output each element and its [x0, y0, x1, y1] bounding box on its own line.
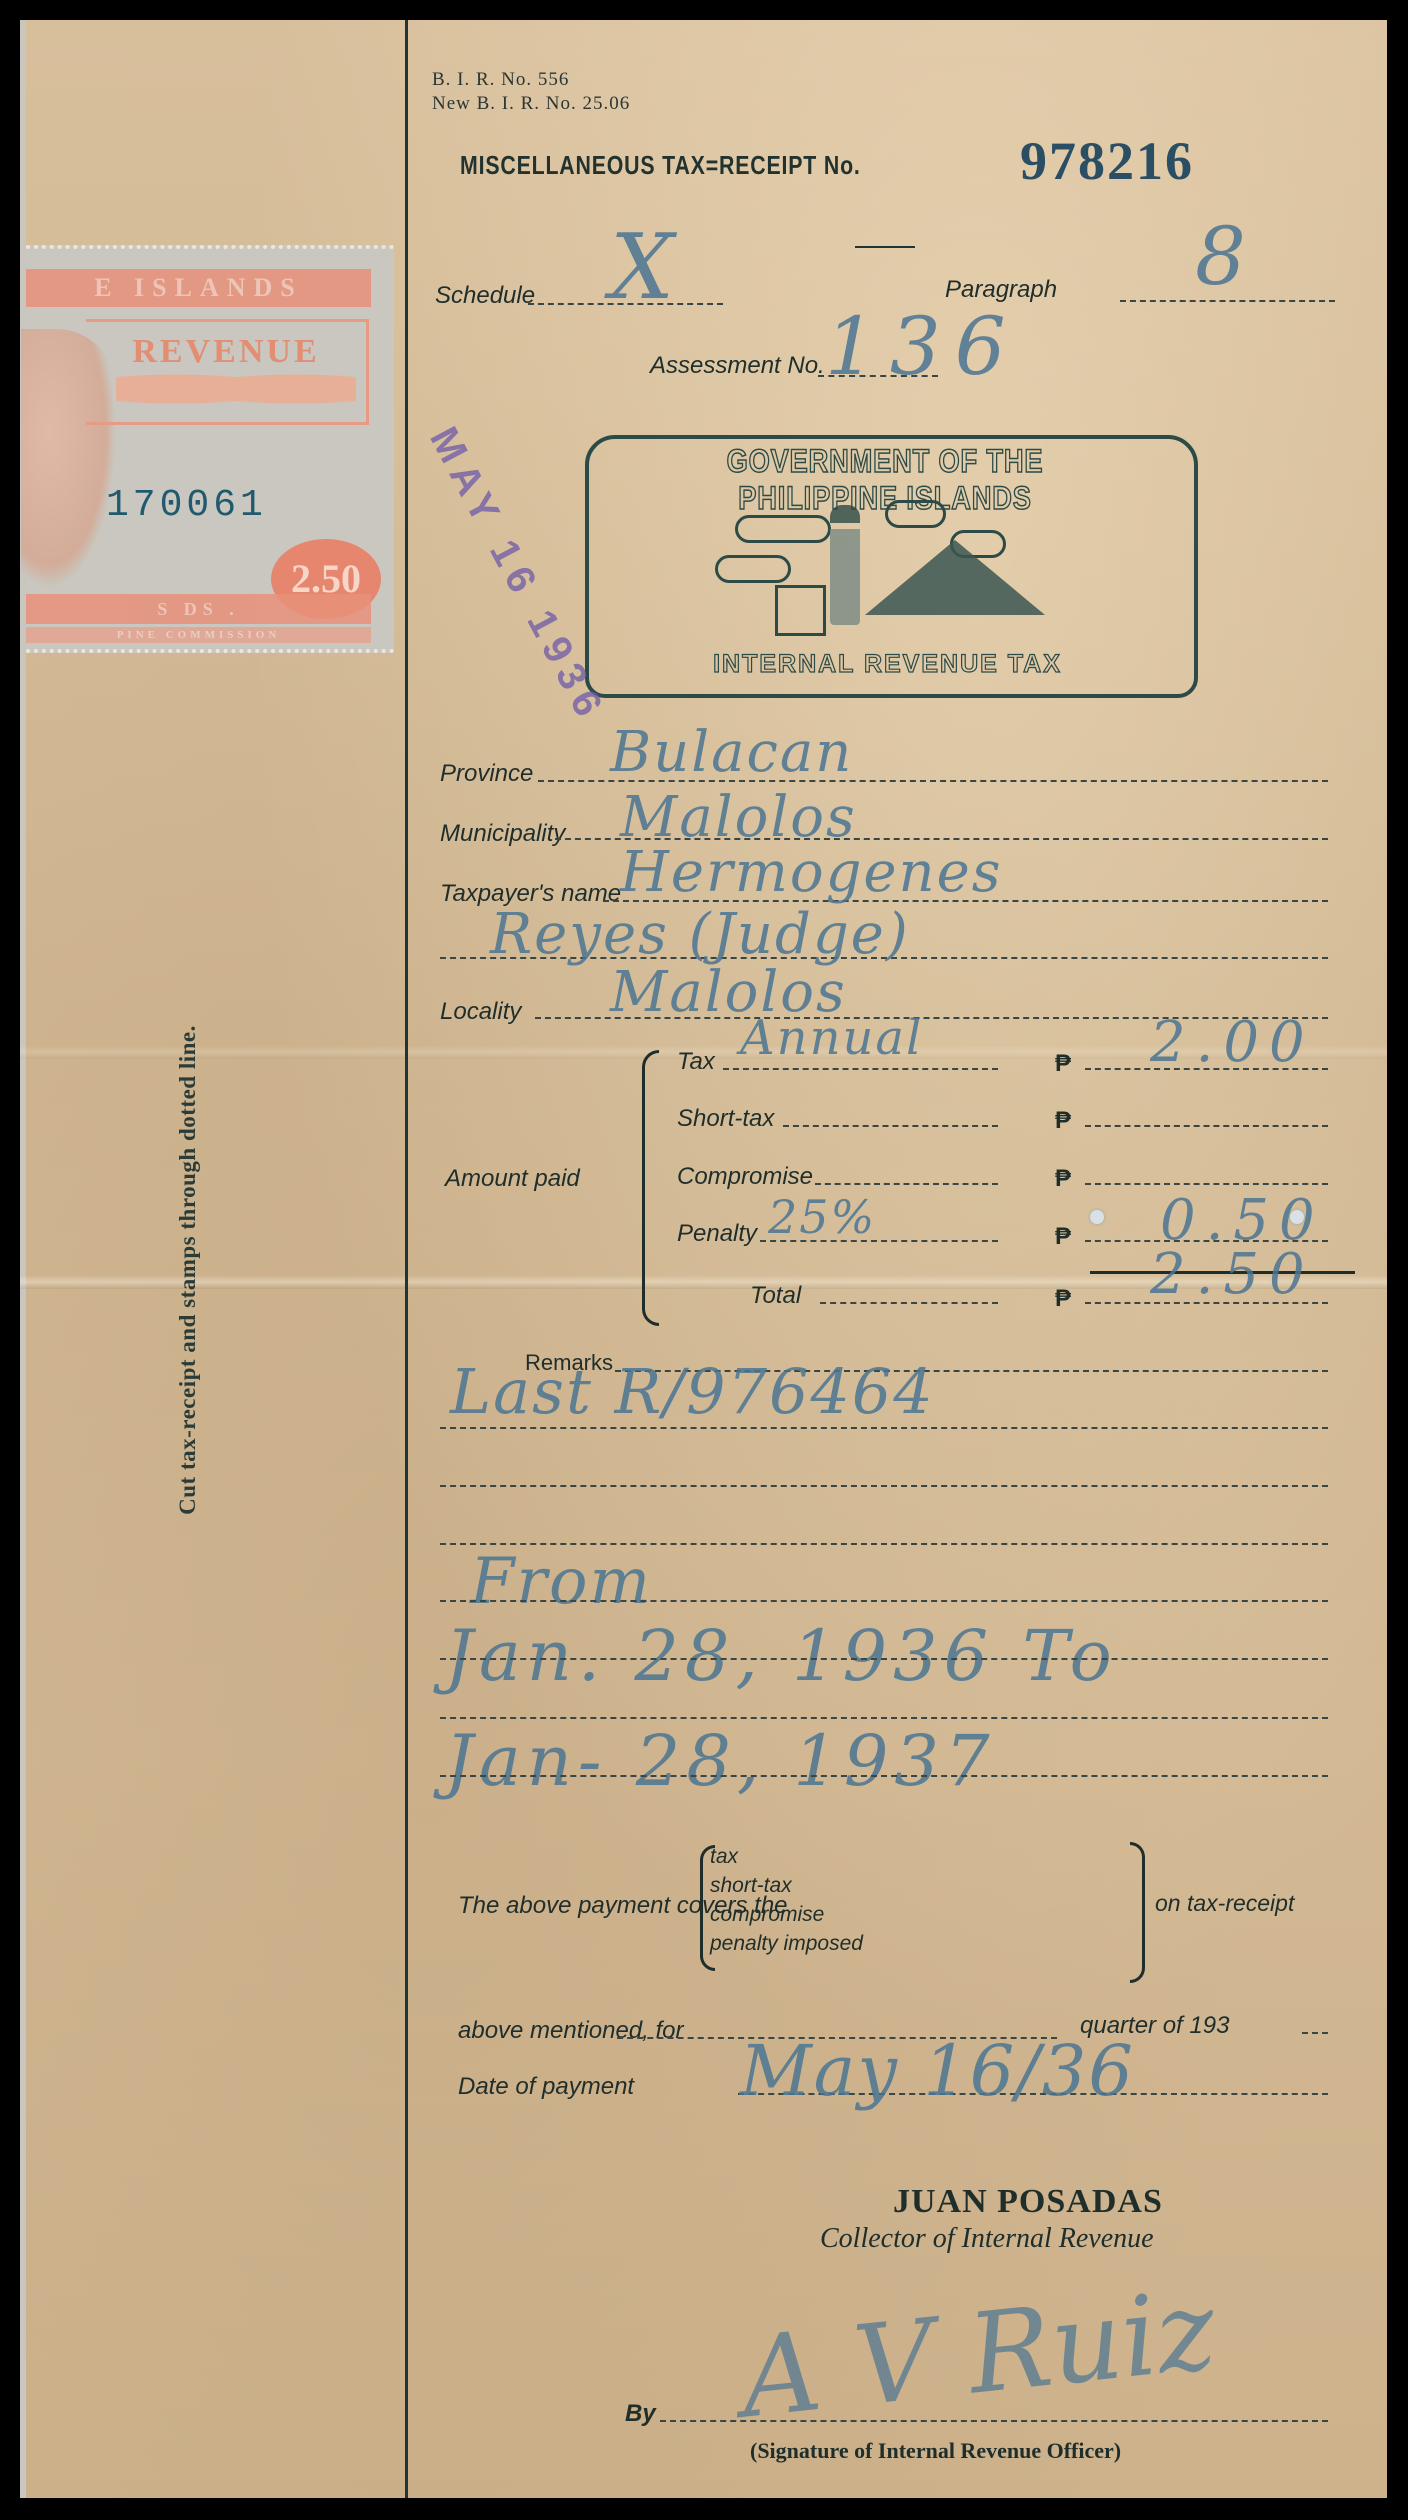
collector-name: JUAN POSADAS	[893, 2183, 1163, 2221]
signature-line	[660, 2420, 1328, 2422]
divider	[855, 246, 915, 248]
revenue-stamp: E ISLANDS REVENUE 170061 2.50 S DS . PIN…	[26, 245, 394, 653]
peso-icon: ₱	[1055, 1165, 1071, 1193]
remarks-text-4: Jan- 28, 1937	[445, 1720, 996, 1802]
coverage-option-short-tax: short-tax	[710, 1871, 863, 1900]
amount-brace	[642, 1050, 659, 1326]
stamp-serial: 170061	[106, 484, 267, 527]
taxpayer-name-value-1: Hermogenes	[620, 840, 1003, 905]
seal-bottom-text: INTERNAL REVENUE TAX	[585, 650, 1190, 679]
bir-no: B. I. R. No. 556	[432, 68, 630, 92]
peso-icon: ₱	[1055, 1050, 1071, 1078]
tax-amount: 2.00	[1150, 1010, 1315, 1075]
receipt-number: 978216	[1020, 130, 1194, 192]
coverage-option-compromise: compromise	[710, 1900, 863, 1929]
short-tax-amount-line	[1085, 1125, 1328, 1127]
above-mentioned-label: above mentioned, for	[458, 2017, 683, 2045]
peso-icon: ₱	[1055, 1223, 1071, 1251]
amount-paid-label: Amount paid	[445, 1165, 580, 1193]
schedule-label: Schedule	[435, 282, 535, 310]
total-line	[820, 1302, 998, 1304]
stamp-band-top: E ISLANDS	[26, 269, 371, 307]
short-tax-line	[783, 1125, 998, 1127]
peso-icon: ₱	[1055, 1285, 1071, 1313]
collector-title: Collector of Internal Revenue	[820, 2223, 1154, 2255]
cut-dotted-line	[405, 20, 408, 2498]
stamp-band-bottom: S DS .	[26, 594, 371, 624]
cloud-icon	[735, 515, 831, 543]
anvil-icon	[775, 585, 826, 636]
peso-icon: ₱	[1055, 1107, 1071, 1135]
locality-label: Locality	[440, 998, 521, 1026]
remarks-text-3: Jan. 28, 1936 To	[445, 1615, 1118, 1697]
remarks-line-2	[440, 1427, 1328, 1429]
coverage-options: tax short-tax compromise penalty imposed	[710, 1842, 863, 1958]
signature-caption: (Signature of Internal Revenue Officer)	[750, 2438, 1121, 2464]
remarks-line-7	[440, 1717, 1328, 1719]
by-label: By	[625, 2400, 656, 2428]
paragraph-value: 8	[1195, 210, 1248, 303]
tax-receipt-document: E ISLANDS REVENUE 170061 2.50 S DS . PIN…	[20, 20, 1387, 2498]
remarks-line-5	[440, 1600, 1328, 1602]
new-bir-no: New B. I. R. No. 25.06	[432, 92, 630, 116]
year-line	[1302, 2032, 1328, 2034]
date-of-payment-label: Date of payment	[458, 2073, 634, 2101]
total-label: Total	[750, 1282, 801, 1310]
cloud-icon	[885, 500, 946, 528]
tax-label: Tax	[677, 1048, 715, 1076]
compromise-amount-line	[1085, 1183, 1328, 1185]
compromise-line	[815, 1183, 998, 1185]
assessment-label: Assessment No.	[650, 352, 825, 380]
coverage-option-tax: tax	[710, 1842, 863, 1871]
municipality-label: Municipality	[440, 820, 565, 848]
taxpayer-name-value-2: Reyes (Judge)	[490, 902, 910, 967]
total-amount: 2.50	[1150, 1242, 1315, 1307]
cloud-icon	[715, 555, 791, 583]
coverage-brace-right	[1130, 1842, 1145, 1983]
remarks-line-8	[440, 1775, 1328, 1777]
pin-hole	[1090, 1210, 1104, 1224]
date-of-payment-value: May 16/36	[740, 2030, 1135, 2112]
tax-note: Annual	[740, 1010, 923, 1066]
woman-figure-icon	[830, 505, 860, 625]
penalty-label: Penalty	[677, 1220, 757, 1248]
pin-hole	[1290, 1210, 1304, 1224]
remarks-line-6	[440, 1658, 1328, 1660]
short-tax-label: Short-tax	[677, 1105, 774, 1133]
officer-signature: A V Ruiz	[735, 2265, 1221, 2442]
coverage-suffix: on tax-receipt	[1155, 1890, 1294, 1917]
penalty-note: 25%	[768, 1190, 876, 1244]
form-title: MISCELLANEOUS TAX=RECEIPT No.	[460, 150, 861, 181]
remarks-text-1: Last R/976464	[450, 1355, 935, 1428]
province-value: Bulacan	[610, 720, 853, 785]
eagle-icon	[116, 364, 356, 414]
volcano-icon	[865, 540, 1045, 615]
province-label: Province	[440, 760, 533, 788]
seal-scene	[715, 500, 1055, 640]
cut-instruction: Cut tax-receipt and stamps through dotte…	[175, 1025, 201, 1515]
remarks-text-2: From	[470, 1545, 652, 1619]
stamp-band-bottom-2: PINE COMMISSION	[26, 627, 371, 643]
bir-numbers: B. I. R. No. 556 New B. I. R. No. 25.06	[432, 68, 630, 116]
remarks-line-3	[440, 1485, 1328, 1487]
coverage-option-penalty: penalty imposed	[710, 1929, 863, 1958]
compromise-label: Compromise	[677, 1163, 813, 1191]
schedule-value: X	[610, 215, 676, 320]
tax-line	[723, 1068, 998, 1070]
assessment-value: 136	[825, 300, 1020, 393]
government-seal: GOVERNMENT OF THE PHILIPPINE ISLANDS INT…	[585, 425, 1190, 700]
